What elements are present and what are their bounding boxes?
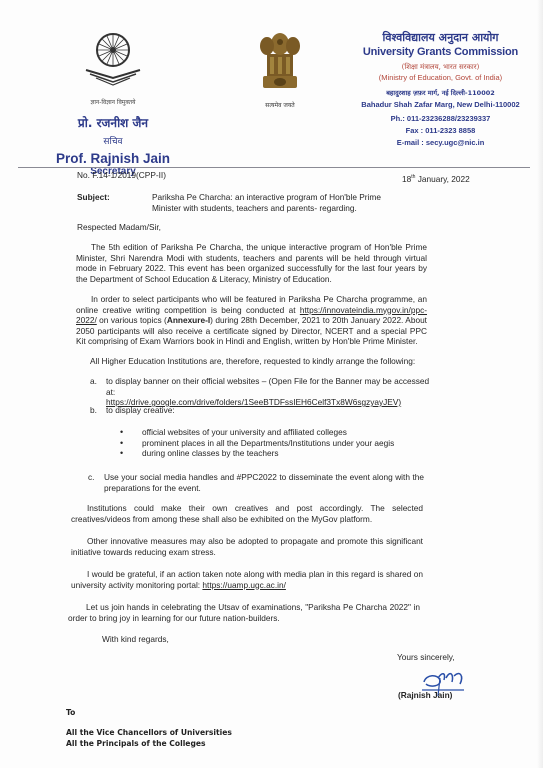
paragraph-2: In order to select participants who will… <box>76 294 427 347</box>
scan-edge-shadow <box>537 0 543 768</box>
bullet-item: prominent places in all the Departments/… <box>120 438 420 449</box>
annexure-label: Annexure-I <box>167 315 210 325</box>
ugc-tagline: ज्ञान-विज्ञान विमुक्तये <box>38 98 188 106</box>
emblem-block: सत्यमेव जयते <box>249 24 311 109</box>
bullet-item: during online classes by the teachers <box>120 448 420 459</box>
letter-date: 18th January, 2022 <box>402 172 470 184</box>
item-b-marker: b. <box>90 405 97 416</box>
ministry-english: (Ministry of Education, Govt. of India) <box>348 73 533 82</box>
uamp-portal-link[interactable]: https://uamp.ugc.ac.in/ <box>202 580 285 590</box>
bullet-item: official websites of your university and… <box>120 427 420 438</box>
closing-regards: With kind regards, <box>102 634 169 645</box>
recipient-line: All the Principals of the Colleges <box>66 739 206 748</box>
paragraph-4: Institutions could make their own creati… <box>71 503 423 524</box>
ugc-address-block: विश्वविद्यालय अनुदान आयोग University Gra… <box>348 30 533 148</box>
date-rest: January, 2022 <box>415 174 469 184</box>
item-c-marker: c. <box>88 472 94 483</box>
item-a-text: to display banner on their official webs… <box>106 376 429 397</box>
recipient-line: All the Vice Chancellors of Universities <box>66 728 232 737</box>
secretary-designation-hindi: सचिव <box>38 134 188 147</box>
secretary-name-english: Prof. Rajnish Jain <box>38 151 188 166</box>
item-a: to display banner on their official webs… <box>106 376 436 408</box>
secretary-block: ज्ञान-विज्ञान विमुक्तये प्रो. रजनीश जैन … <box>38 28 188 177</box>
paragraph-1: The 5th edition of Pariksha Pe Charcha, … <box>76 242 427 284</box>
to-label: To <box>66 708 75 717</box>
paragraph-6: I would be grateful, if an action taken … <box>71 569 423 590</box>
paragraph-5: Other innovative measures may also be ad… <box>71 536 423 557</box>
email-address: E-mail : secy.ugc@nic.in <box>348 138 533 148</box>
subject-text: Pariksha Pe Charcha: an interactive prog… <box>152 192 402 213</box>
secretary-name-hindi: प्रो. रजनीश जैन <box>38 114 188 131</box>
phone-number: Ph.: 011-23236288/23239337 <box>348 114 533 124</box>
date-day: 18 <box>402 174 411 184</box>
item-b-text: to display creative: <box>106 405 175 416</box>
org-name-hindi: विश्वविद्यालय अनुदान आयोग <box>348 30 533 45</box>
address-hindi: बहादुरशाह ज़फ़र मार्ग, नई दिल्ली-110002 <box>348 88 533 98</box>
creative-bullet-list: official websites of your university and… <box>120 427 420 459</box>
paragraph-2-text-b: on various topics ( <box>97 315 167 325</box>
yours-sincerely: Yours sincerely, <box>397 652 455 663</box>
signatory-name: (Rajnish Jain) <box>398 690 452 701</box>
paragraph-7: Let us join hands in celebrating the Uts… <box>68 602 420 623</box>
fax-number: Fax : 011-2323 8858 <box>348 126 533 136</box>
item-c-text: Use your social media handles and #PPC20… <box>104 472 424 493</box>
address-english: Bahadur Shah Zafar Marg, New Delhi-11000… <box>348 100 533 110</box>
paragraph-3: All Higher Education Institutions are, t… <box>90 356 415 367</box>
item-a-marker: a. <box>90 376 97 387</box>
emblem-motto: सत्यमेव जयते <box>249 101 311 109</box>
subject-label: Subject: <box>77 192 110 203</box>
national-emblem-icon <box>255 24 305 94</box>
reference-number: No. F.14-1/2019(CPP-II) <box>77 170 166 181</box>
salutation: Respected Madam/Sir, <box>77 222 161 233</box>
letter-page: ज्ञान-विज्ञान विमुक्तये प्रो. रजनीश जैन … <box>0 0 543 768</box>
ministry-hindi: (शिक्षा मंत्रालय, भारत सरकार) <box>348 63 533 72</box>
org-name-english: University Grants Commission <box>348 46 533 58</box>
ugc-logo-icon <box>78 28 148 94</box>
letterhead-divider <box>18 167 530 168</box>
